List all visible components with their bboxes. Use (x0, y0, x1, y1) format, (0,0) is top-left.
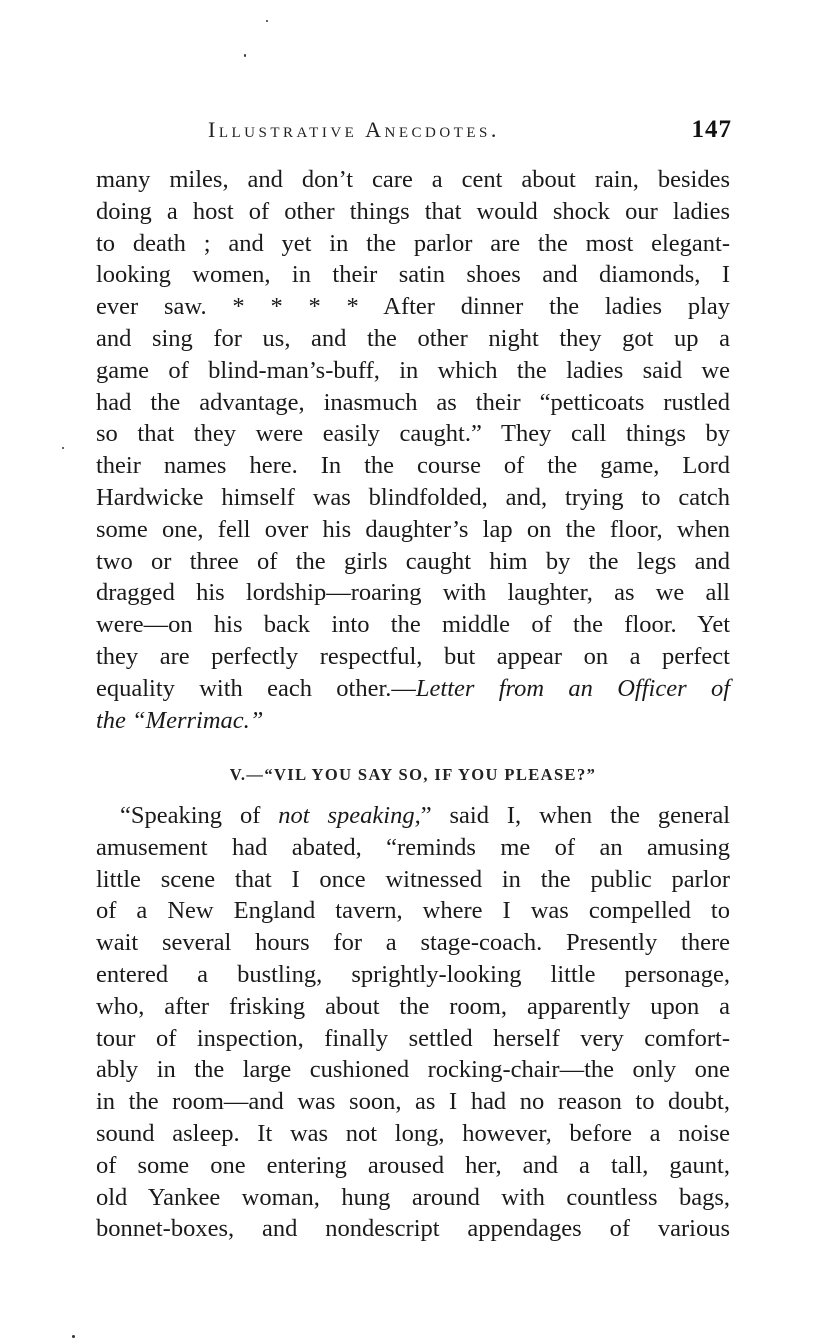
text-line: who, after frisking about the room, appa… (96, 991, 730, 1023)
text-line: little scene that I once witnessed in th… (96, 864, 730, 896)
text-line: had the advantage, inasmuch as their “pe… (96, 387, 730, 419)
attribution-source: Letter from an Officer of (416, 675, 730, 702)
text-line: wait several hours for a stage-coach. Pr… (96, 927, 730, 959)
section-heading: V.—“VIL YOU SAY SO, IF YOU PLEASE?” (96, 765, 730, 785)
attribution-line: equality with each other.—Letter from an… (96, 673, 730, 705)
running-title: Illustrative Anecdotes. (208, 117, 500, 143)
text-line: two or three of the girls caught him by … (96, 546, 730, 578)
text-line: old Yankee woman, hung around with count… (96, 1182, 730, 1214)
text-line: their names here. In the course of the g… (96, 450, 730, 482)
section-1-body: many miles, and don’t care a cent about … (96, 164, 730, 736)
text-line: to death ; and yet in the parlor are the… (96, 228, 730, 260)
section-2-body: “Speaking of not speaking,” said I, when… (96, 800, 730, 1245)
text-line: sound asleep. It was not long, however, … (96, 1118, 730, 1150)
text-line: and sing for us, and the other night the… (96, 323, 730, 355)
text-line: so that they were easily caught.” They c… (96, 418, 730, 450)
attribution-source-continued: the “Merrimac.” (96, 705, 730, 737)
attribution-prefix: equality with each other.— (96, 675, 416, 702)
text-line: in the room—and was soon, as I had no re… (96, 1086, 730, 1118)
italic-phrase: not speaking, (278, 802, 420, 829)
text-line: Hardwicke himself was blindfolded, and, … (96, 482, 730, 514)
text-line: game of blind-man’s-buff, in which the l… (96, 355, 730, 387)
text-line: ever saw. * * * * After dinner the ladie… (96, 291, 730, 323)
text-line: doing a host of other things that would … (96, 196, 730, 228)
quote-continue: ” said I, when the general (421, 802, 730, 829)
text-line: bonnet-boxes, and nondescript appendages… (96, 1213, 730, 1245)
text-line-first: “Speaking of not speaking,” said I, when… (96, 800, 730, 832)
running-head: Illustrative Anecdotes. 147 (96, 116, 732, 150)
text-line: they are perfectly respectful, but appea… (96, 641, 730, 673)
scan-speck (266, 20, 268, 22)
text-line: amusement had abated, “reminds me of an … (96, 832, 730, 864)
text-line: of a New England tavern, where I was com… (96, 895, 730, 927)
text-line: were—on his back into the middle of the … (96, 609, 730, 641)
text-line: ably in the large cushioned rocking-chai… (96, 1054, 730, 1086)
scan-speck (244, 54, 246, 57)
text-line: of some one entering aroused her, and a … (96, 1150, 730, 1182)
page-number: 147 (692, 116, 733, 144)
text-line: many miles, and don’t care a cent about … (96, 164, 730, 196)
scan-speck (62, 447, 64, 449)
text-line: dragged his lordship—roaring with laught… (96, 577, 730, 609)
text-line: entered a bustling, sprightly-looking li… (96, 959, 730, 991)
quote-open: “Speaking of (120, 802, 278, 829)
scan-speck (72, 1335, 75, 1338)
text-line: tour of inspection, finally settled hers… (96, 1023, 730, 1055)
text-line: looking women, in their satin shoes and … (96, 259, 730, 291)
text-line: some one, fell over his daughter’s lap o… (96, 514, 730, 546)
